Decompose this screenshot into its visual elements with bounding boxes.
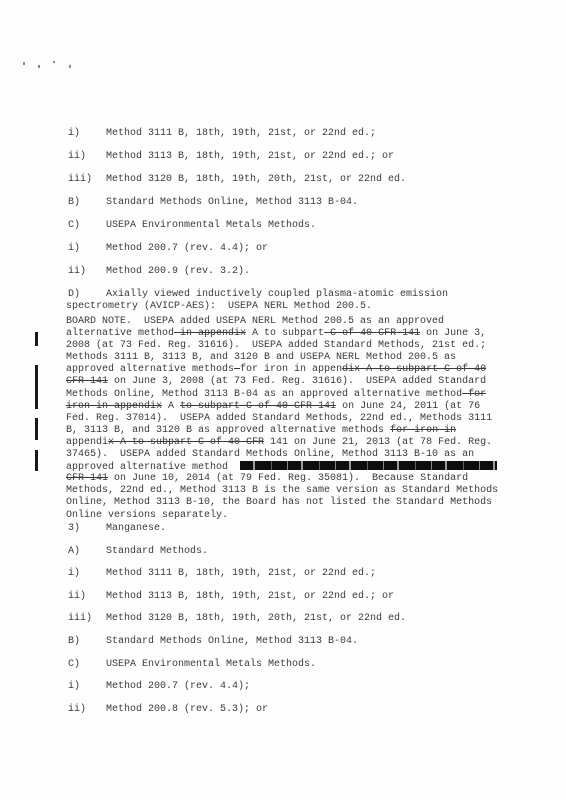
struck-text: dix A to subpart C of 40	[342, 364, 486, 375]
list-item: ii)Method 200.9 (rev. 3.2).	[68, 266, 538, 278]
note-text: Fed. Reg. 37014). USEPA added Standard M…	[66, 413, 492, 424]
list-item-label: i)	[68, 568, 106, 580]
list-item-text: Method 3120 B, 18th, 19th, 20th, 21st, o…	[106, 174, 406, 186]
list-item: ii)Method 3113 B, 18th, 19th, 21st, or 2…	[68, 591, 538, 603]
list-item-label: ii)	[68, 591, 106, 603]
list-item: i)Method 3111 B, 18th, 19th, 21st, or 22…	[68, 568, 538, 580]
list-item-label: i)	[68, 243, 106, 255]
list-item: D)Axially viewed inductively coupled pla…	[68, 289, 538, 301]
board-note-line: approved alternative method	[66, 461, 518, 473]
struck-text: for	[462, 389, 486, 400]
note-text: Online, Method 3113 B-10, the Board has …	[66, 497, 492, 508]
list-item: i)Method 3111 B, 18th, 19th, 21st, or 22…	[68, 128, 538, 140]
list-item: B)Standard Methods Online, Method 3113 B…	[68, 197, 538, 209]
list-item: ii)Method 200.8 (rev. 5.3); or	[68, 704, 538, 716]
note-text: approved alternative methods	[66, 364, 234, 375]
list-item: iii)Method 3120 B, 18th, 19th, 20th, 21s…	[68, 613, 538, 625]
board-note-line: approved alternative methods for iron in…	[66, 364, 518, 376]
list-item-label: ii)	[68, 704, 106, 716]
list-item: 3)Manganese.	[68, 523, 538, 535]
struck-text: iron in appendix	[66, 401, 162, 412]
revision-bar	[35, 365, 38, 409]
board-note-line: iron in appendix A to subpart C of 40 CF…	[66, 401, 518, 413]
struck-text: for iron in	[390, 425, 456, 436]
revision-bar	[35, 450, 38, 471]
struck-text: CFR 141	[66, 376, 108, 387]
struck-text: to subpart C of 40 CFR 141	[180, 401, 336, 412]
list-item-label: ii)	[68, 266, 106, 278]
note-text: alternative method	[66, 328, 174, 339]
struck-text: C of 40 CFR 141	[324, 328, 420, 339]
note-text: on June 10, 2014 (at 79 Fed. Reg. 35081)…	[108, 473, 468, 484]
struck-text: x A to subpart C of 40 CFR	[108, 437, 264, 448]
list-item: ii)Method 3113 B, 18th, 19th, 21st, or 2…	[68, 151, 538, 163]
note-text: Methods, 22nd ed., Method 3113 B is the …	[66, 485, 498, 496]
revision-bar	[35, 332, 38, 346]
board-note-line: Online versions separately.	[66, 510, 518, 522]
list-item-label: i)	[68, 681, 106, 693]
list-item: iii)Method 3120 B, 18th, 19th, 20th, 21s…	[68, 174, 538, 186]
board-note-line: Methods 3111 B, 3113 B, and 3120 B and U…	[66, 352, 518, 364]
note-text: Methods Online, Method 3113 B-04 as an a…	[66, 389, 462, 400]
list-item: C)USEPA Environmental Metals Methods.	[68, 220, 538, 232]
list-item-text: Manganese.	[106, 523, 166, 535]
list-item: A)Standard Methods.	[68, 546, 538, 558]
note-text: Online versions separately.	[66, 510, 228, 521]
board-note-line: Methods, 22nd ed., Method 3113 B is the …	[66, 485, 518, 497]
list-item: i)Method 200.7 (rev. 4.4); or	[68, 243, 538, 255]
revision-bar	[35, 418, 38, 440]
struck-text: CFR 141	[66, 473, 108, 484]
scan-speck	[23, 62, 25, 65]
redaction-bar	[240, 461, 497, 470]
list-item-text: Method 200.8 (rev. 5.3); or	[106, 704, 268, 716]
list-item-label: iii)	[68, 174, 106, 186]
note-text: on June 3,	[420, 328, 486, 339]
note-text: for iron in appen	[240, 364, 342, 375]
board-note-line: B, 3113 B, and 3120 B as approved altern…	[66, 425, 518, 437]
note-text: on June 24, 2011 (at 76	[336, 401, 480, 412]
list-item-label: B)	[68, 636, 106, 648]
board-note-line: Fed. Reg. 37014). USEPA added Standard M…	[66, 413, 518, 425]
board-note-line: CFR 141 on June 3, 2008 (at 73 Fed. Reg.…	[66, 376, 518, 388]
list-item-text: Method 3111 B, 18th, 19th, 21st, or 22nd…	[106, 568, 376, 580]
board-note-paragraph: BOARD NOTE. USEPA added USEPA NERL Metho…	[66, 316, 518, 522]
board-note-line: BOARD NOTE. USEPA added USEPA NERL Metho…	[66, 316, 518, 328]
list-item-label: i)	[68, 128, 106, 140]
board-note-line: Methods Online, Method 3113 B-04 as an a…	[66, 389, 518, 401]
note-text: on June 3, 2008 (at 73 Fed. Reg. 31616).…	[108, 376, 486, 387]
list-item-label: C)	[68, 220, 106, 232]
list-item: i)Method 200.7 (rev. 4.4);	[68, 681, 538, 693]
board-note-line: 37465). USEPA added Standard Methods Onl…	[66, 449, 518, 461]
list-item-continuation: spectrometry (AVICP-AES): USEPA NERL Met…	[66, 301, 538, 313]
method-list-bottom: 3)Manganese.A)Standard Methods.i)Method …	[68, 523, 538, 726]
note-text: 37465). USEPA added Standard Methods Onl…	[66, 449, 474, 460]
note-text: A to subpart	[246, 328, 324, 339]
list-item-text: Method 3113 B, 18th, 19th, 21st, or 22nd…	[106, 591, 394, 603]
list-item-text: Standard Methods.	[106, 546, 208, 558]
list-item: C)USEPA Environmental Metals Methods.	[68, 659, 538, 671]
scan-speck	[38, 65, 40, 68]
struck-text: in appendix	[174, 328, 246, 339]
note-text: approved alternative method	[66, 462, 240, 473]
list-item: B)Standard Methods Online, Method 3113 B…	[68, 636, 538, 648]
board-note-line: CFR 141 on June 10, 2014 (at 79 Fed. Reg…	[66, 473, 518, 485]
note-text: Methods 3111 B, 3113 B, and 3120 B and U…	[66, 352, 456, 363]
list-item-text: Standard Methods Online, Method 3113 B-0…	[106, 197, 358, 209]
list-item-text: Standard Methods Online, Method 3113 B-0…	[106, 636, 358, 648]
list-item-label: 3)	[68, 523, 106, 535]
list-item-label: D)	[68, 289, 106, 301]
list-item-text: Method 200.7 (rev. 4.4); or	[106, 243, 268, 255]
note-text: B, 3113 B, and 3120 B as approved altern…	[66, 425, 390, 436]
board-note-line: alternative method in appendix A to subp…	[66, 328, 518, 340]
note-text: appendi	[66, 437, 108, 448]
list-item-text: Axially viewed inductively coupled plasm…	[106, 289, 448, 301]
list-item-label: C)	[68, 659, 106, 671]
list-item-text: Method 200.7 (rev. 4.4);	[106, 681, 250, 693]
document-page: i)Method 3111 B, 18th, 19th, 21st, or 22…	[0, 0, 566, 800]
list-item-text: Method 200.9 (rev. 3.2).	[106, 266, 250, 278]
method-list-top: i)Method 3111 B, 18th, 19th, 21st, or 22…	[68, 128, 538, 324]
list-item-label: iii)	[68, 613, 106, 625]
board-note-line: Online, Method 3113 B-10, the Board has …	[66, 497, 518, 509]
list-item-label: A)	[68, 546, 106, 558]
scan-speck	[69, 65, 71, 68]
list-item-text: USEPA Environmental Metals Methods.	[106, 659, 316, 671]
board-note-line: 2008 (at 73 Fed. Reg. 31616). USEPA adde…	[66, 340, 518, 352]
list-item-text: Method 3113 B, 18th, 19th, 21st, or 22nd…	[106, 151, 394, 163]
note-text: 141 on June 21, 2013 (at 78 Fed. Reg.	[264, 437, 492, 448]
list-item-text: Method 3120 B, 18th, 19th, 20th, 21st, o…	[106, 613, 406, 625]
list-item-text: Method 3111 B, 18th, 19th, 21st, or 22nd…	[106, 128, 376, 140]
note-text: 2008 (at 73 Fed. Reg. 31616). USEPA adde…	[66, 340, 486, 351]
note-text: BOARD NOTE. USEPA added USEPA NERL Metho…	[66, 316, 444, 327]
scan-speck	[53, 61, 55, 63]
board-note-line: appendix A to subpart C of 40 CFR 141 on…	[66, 437, 518, 449]
list-item-label: B)	[68, 197, 106, 209]
list-item-text: USEPA Environmental Metals Methods.	[106, 220, 316, 232]
list-item-label: ii)	[68, 151, 106, 163]
note-text: A	[162, 401, 180, 412]
